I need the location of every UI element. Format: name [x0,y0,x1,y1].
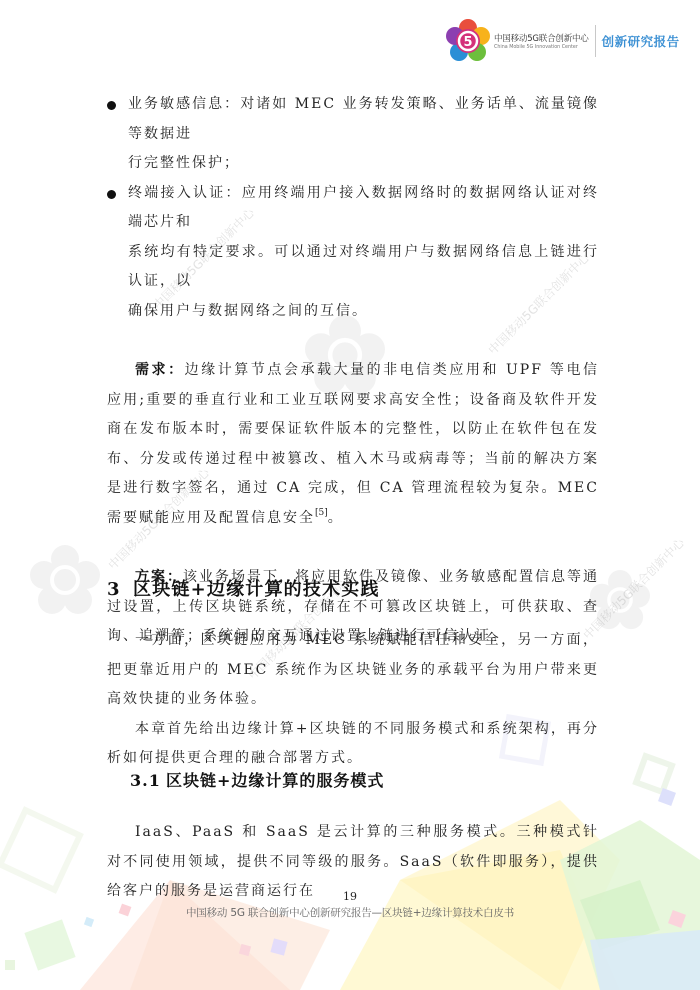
header-divider [595,25,596,57]
section-body: 一方面，区块链应用为 MEC 系统赋能信任和安全，另一方面，把更靠近用户的 ME… [107,626,599,774]
page-body: 业务敏感信息：对诸如 MEC 业务转发策略、业务话单、流量镜像等数据进 行完整性… [107,90,599,652]
requirement-label: 需求： [135,362,185,378]
subsection-heading: 3.1区块链+边缘计算的服务模式 [130,768,384,791]
org-name-cn: 中国移动5G联合创新中心 [494,32,589,44]
page-header: 5 中国移动5G联合创新中心 China Mobile 5G Innovatio… [446,18,691,63]
5g-flower-logo-icon: 5 [446,19,490,63]
paragraph: 本章首先给出边缘计算+区块链的不同服务模式和系统架构，再分析如何提供更合理的融合… [107,715,599,774]
watermark-logo-icon [30,545,100,615]
paragraph: 一方面，区块链应用为 MEC 系统赋能信任和安全，另一方面，把更靠近用户的 ME… [107,626,599,715]
requirement-paragraph: 需求：边缘计算节点会承载大量的非电信类应用和 UPF 等电信应用;重要的垂直行业… [107,356,599,533]
svg-text:5: 5 [463,35,472,50]
section-heading: 3区块链+边缘计算的技术实践 [107,575,380,601]
bullet-item: 终端接入认证：应用终端用户接入数据网络时的数据网络认证对终端芯片和 系统均有特定… [107,179,599,327]
report-label: 创新研究报告 [602,32,680,50]
bullet-dot-icon [107,101,116,110]
org-name-en: China Mobile 5G Innovation Center [494,45,589,50]
reference-link[interactable]: [5] [315,508,328,518]
footer-doc-title: 中国移动 5G 联合创新中心创新研究报告—区块链+边缘计算技术白皮书 [0,905,700,920]
bullet-dot-icon [107,190,116,199]
bullet-item: 业务敏感信息：对诸如 MEC 业务转发策略、业务话单、流量镜像等数据进 行完整性… [107,90,599,179]
page-number: 19 [0,890,700,903]
